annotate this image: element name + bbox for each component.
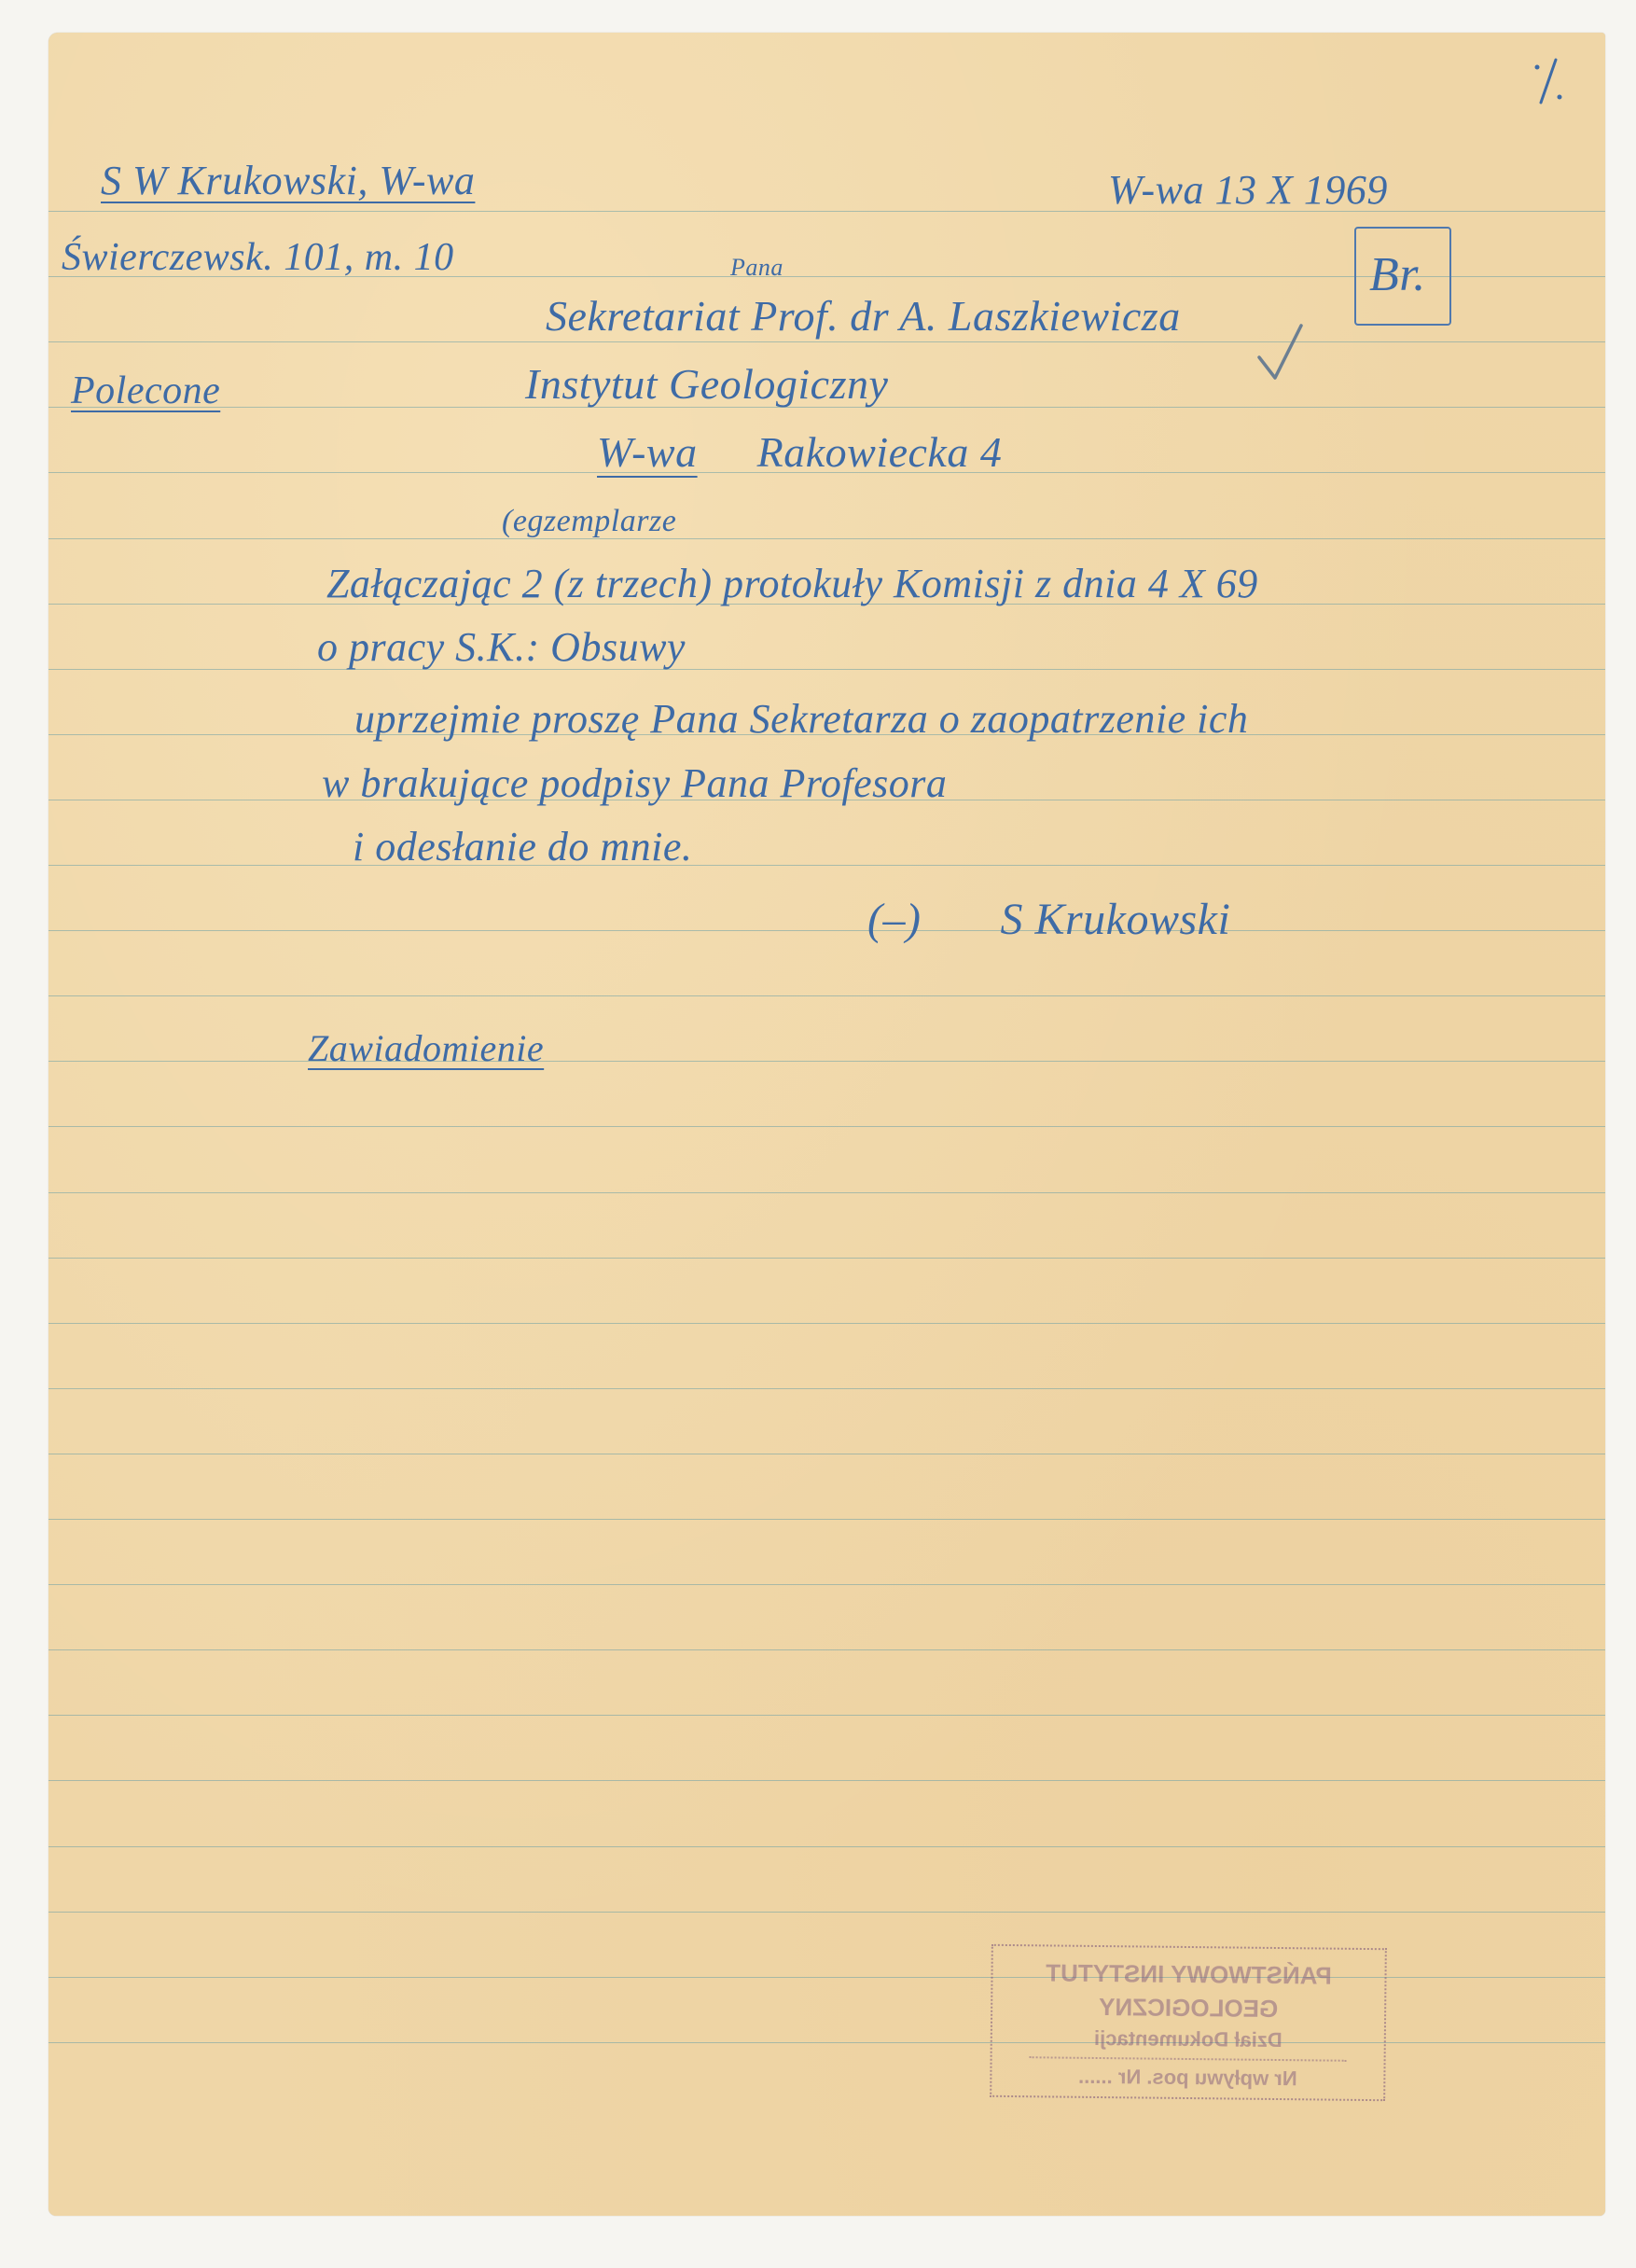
ruled-line [49, 1454, 1605, 1454]
recipient-line-1: Sekretariat Prof. dr A. Laszkiewicza [546, 291, 1181, 341]
ruled-line [49, 341, 1605, 342]
ruled-line [49, 1584, 1605, 1585]
ruled-line [49, 1519, 1605, 1520]
initials-text: Br. [1369, 247, 1426, 302]
sender-name: S W Krukowski, W-wa [101, 157, 475, 204]
sender-address: Świerczewsk. 101, m. 10 [62, 235, 454, 280]
recipient-city: W-wa [597, 428, 698, 476]
signature: (–) S Krukowski [867, 894, 1230, 945]
signature-prefix: (–) [867, 895, 921, 944]
ruled-line [49, 538, 1605, 539]
body-line-4: w brakujące podpisy Pana Profesora [322, 759, 947, 807]
letter-date: W-wa 13 X 1969 [1108, 166, 1388, 214]
body-line-5: i odesłanie do mnie. [353, 823, 692, 870]
recipient-line-3: W-wa Rakowiecka 4 [597, 427, 1002, 477]
body-line-1: Załączając 2 (z trzech) protokuły Komisj… [326, 560, 1258, 607]
body-insertion: (egzemplarze [502, 504, 676, 539]
ruled-line [49, 1912, 1605, 1913]
recipient-street: Rakowiecka 4 [757, 428, 1003, 476]
delivery-mark: Polecone [71, 369, 220, 413]
registry-stamp: PAŃSTWOWY INSTYTUT GEOLOGICZNY Dział Dok… [990, 1944, 1387, 2101]
ruled-line [49, 1258, 1605, 1259]
ruled-line [49, 1192, 1605, 1193]
checkmark [1255, 322, 1310, 392]
recipient-insertion: Pana [730, 254, 783, 282]
checkmark-icon [1255, 322, 1310, 392]
body-line-3: uprzejmie proszę Pana Sekretarza o zaopa… [354, 695, 1248, 743]
ruled-line [49, 1846, 1605, 1847]
ruled-line [49, 930, 1605, 931]
ruled-line [49, 1649, 1605, 1650]
signature-name: S Krukowski [1000, 895, 1230, 944]
stamp-line-1: PAŃSTWOWY INSTYTUT GEOLOGICZNY [992, 1955, 1385, 2027]
page-continuation-mark-icon [1530, 56, 1567, 112]
ruled-line [49, 1126, 1605, 1127]
ruled-line [49, 865, 1605, 866]
page-marker [1530, 56, 1567, 112]
stamp-line-2: Dział Dokumentacji [992, 2024, 1384, 2056]
ruled-line [49, 995, 1605, 996]
footer-note: Zawiadomienie [308, 1026, 544, 1070]
ruled-line [49, 669, 1605, 670]
ruled-line [49, 1715, 1605, 1716]
ruled-line [49, 1780, 1605, 1781]
stamp-divider [1030, 2056, 1347, 2062]
ruled-line [49, 1388, 1605, 1389]
ruled-line [49, 1323, 1605, 1324]
body-line-2: o pracy S.K.: Obsuwy [317, 623, 686, 671]
initials-box: Br. [1354, 227, 1451, 326]
recipient-line-2: Instytut Geologiczny [525, 359, 888, 409]
stamp-line-3: Nr wpływu pos. Nr ...... [991, 2061, 1383, 2094]
ruled-line [49, 1061, 1605, 1062]
